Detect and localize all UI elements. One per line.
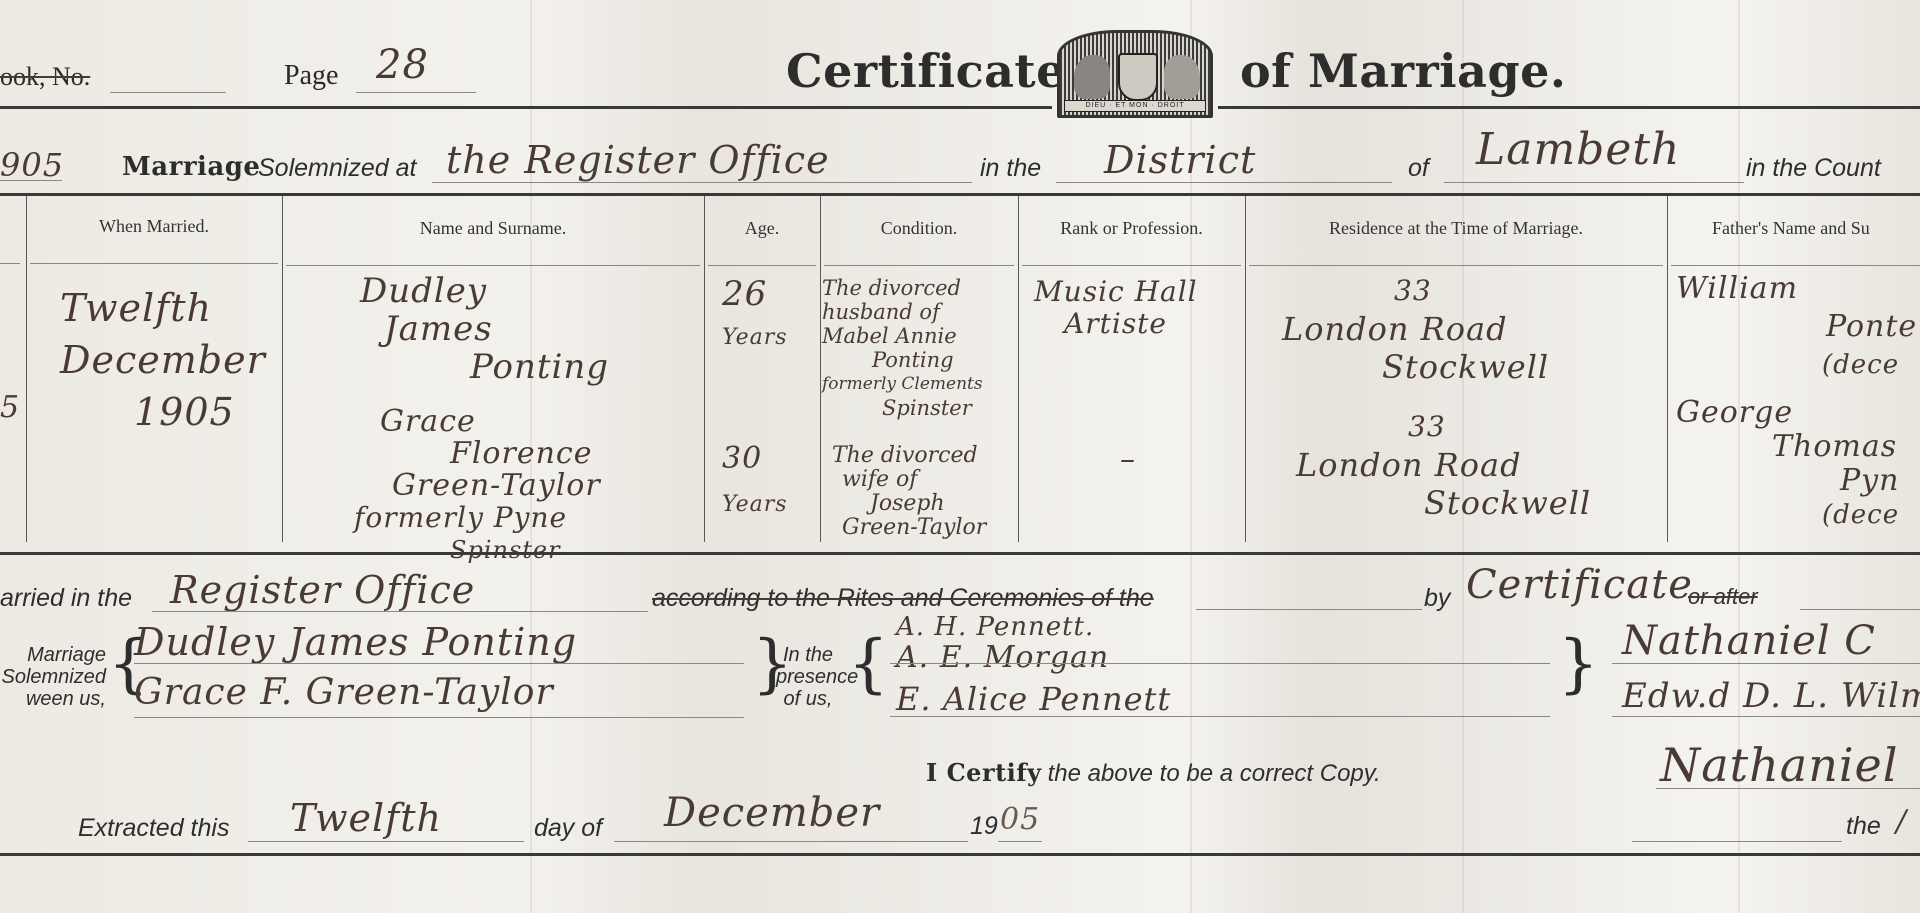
bride-first-name: Grace bbox=[380, 406, 601, 438]
bride-father-status: (dece bbox=[1676, 498, 1899, 532]
groom-profession-cell: Music Hall Artiste bbox=[1034, 276, 1198, 340]
when-married-month: December bbox=[60, 334, 266, 386]
district-name-value: Lambeth bbox=[1476, 124, 1680, 175]
column-divider bbox=[1667, 196, 1668, 542]
groom-condition-line: husband of bbox=[822, 300, 983, 324]
groom-father-surname: Ponte bbox=[1676, 308, 1917, 346]
certify-signature-line bbox=[1656, 788, 1920, 789]
of-label: of bbox=[1408, 154, 1429, 183]
bride-condition-line: The divorced bbox=[832, 444, 986, 468]
groom-condition-line: formerly Clements bbox=[822, 372, 983, 396]
shield-icon bbox=[1118, 53, 1158, 101]
when-married-cell: Twelfth December 1905 bbox=[60, 282, 266, 438]
or-after-underline bbox=[1800, 609, 1920, 610]
column-divider bbox=[282, 196, 283, 542]
year-underline bbox=[0, 180, 62, 181]
header-rule bbox=[1218, 106, 1920, 109]
extracted-year-prefix: 19 bbox=[970, 812, 998, 841]
witness-2-signature: E. Alice Pennett bbox=[896, 680, 1171, 718]
official-2-signature-line bbox=[1612, 716, 1920, 717]
bride-age-cell: 30 Years bbox=[722, 436, 788, 528]
bride-residence-area: Stockwell bbox=[1296, 484, 1591, 522]
when-married-year: 1905 bbox=[60, 386, 266, 438]
extracted-month-underline bbox=[614, 841, 968, 842]
page-underline bbox=[356, 92, 476, 93]
bride-former-condition: Spinster bbox=[380, 534, 601, 566]
official-1-signature: Nathaniel C bbox=[1622, 618, 1876, 664]
groom-condition-line: Mabel Annie bbox=[822, 324, 983, 348]
bride-condition-line: Green-Taylor bbox=[832, 516, 986, 540]
extracted-year-underline bbox=[998, 841, 1042, 842]
witnesses-label-line: of us, bbox=[776, 688, 840, 710]
district-name-underline bbox=[1444, 182, 1744, 183]
when-married-day: Twelfth bbox=[60, 282, 266, 334]
in-the-label: in the bbox=[980, 154, 1041, 183]
groom-surname: Ponting bbox=[360, 348, 609, 386]
i-certify-label: I Certify bbox=[926, 758, 1042, 787]
extracted-year-suffix: 05 bbox=[1000, 802, 1040, 837]
page-value: 28 bbox=[376, 42, 429, 88]
groom-middle-name: James bbox=[360, 310, 609, 348]
column-header-residence: Residence at the Time of Marriage. bbox=[1245, 218, 1667, 239]
column-header-when-married: When Married. bbox=[26, 216, 282, 237]
header-underline bbox=[824, 265, 1014, 266]
bride-father-middle-name: Thomas bbox=[1676, 430, 1899, 464]
witness-1-signature: A. E. Morgan bbox=[896, 640, 1109, 675]
bride-father-surname: Pyn bbox=[1676, 464, 1899, 498]
bride-signature: Grace F. Green-Taylor bbox=[134, 672, 554, 713]
groom-residence-area: Stockwell bbox=[1282, 348, 1549, 386]
table-top-rule bbox=[0, 193, 1920, 196]
groom-age-cell: 26 Years bbox=[722, 272, 788, 360]
official-1-signature-line bbox=[1612, 663, 1920, 664]
certify-rest-label: the above to be a correct Copy. bbox=[1048, 760, 1381, 787]
bride-condition-line: wife of bbox=[832, 468, 986, 492]
rites-underline bbox=[1196, 609, 1422, 610]
groom-age-unit: Years bbox=[722, 316, 788, 360]
table-bottom-rule bbox=[0, 552, 1920, 555]
married-in-label: arried in the bbox=[0, 584, 132, 613]
the-underline bbox=[1632, 841, 1842, 842]
certificate-title-right: of Marriage. bbox=[1240, 44, 1566, 98]
unicorn-icon bbox=[1164, 55, 1200, 99]
witnesses-label-line: In the bbox=[776, 644, 840, 666]
register-year-fragment: 905 bbox=[0, 146, 64, 184]
bride-residence-street: London Road bbox=[1296, 446, 1591, 484]
official-2-signature: Edw.d D. L. Wilmot bbox=[1622, 676, 1920, 716]
witness-1-signature-line bbox=[890, 663, 1550, 664]
book-no-underline bbox=[110, 92, 226, 93]
groom-profession-line: Music Hall bbox=[1034, 276, 1198, 308]
groom-profession-line: Artiste bbox=[1034, 308, 1198, 340]
witness-additional-signature: A. H. Pennett. bbox=[896, 612, 1094, 642]
district-value: District bbox=[1104, 138, 1256, 182]
groom-condition-line: Ponting bbox=[822, 348, 983, 372]
certifying-officer-signature: Nathaniel bbox=[1660, 738, 1898, 792]
place-underline bbox=[432, 182, 972, 183]
groom-name-cell: Dudley James Ponting bbox=[360, 272, 609, 386]
certify-statement: I Certify the above to be a correct Copy… bbox=[926, 758, 1381, 788]
or-after-label: or after bbox=[1688, 584, 1758, 610]
witnesses-label: In the presence of us, bbox=[776, 644, 840, 710]
column-divider bbox=[704, 196, 705, 542]
witnesses-label-line: presence bbox=[776, 666, 840, 688]
header-underline bbox=[286, 265, 700, 266]
marriage-label: Marriage bbox=[122, 152, 260, 182]
lion-icon bbox=[1074, 55, 1110, 99]
bride-name-cell: Grace Florence Green-Taylor formerly Pyn… bbox=[380, 406, 601, 566]
the-value: / bbox=[1896, 804, 1907, 839]
extracted-day-value: Twelfth bbox=[290, 796, 442, 840]
by-value: Certificate bbox=[1466, 562, 1693, 608]
bride-profession-cell: – bbox=[1120, 442, 1136, 477]
column-header-condition: Condition. bbox=[820, 218, 1018, 239]
right-brace-icon: } bbox=[1558, 632, 1599, 696]
groom-father-cell: William Ponte (dece bbox=[1676, 270, 1917, 384]
column-divider bbox=[26, 196, 27, 542]
column-divider bbox=[820, 196, 821, 542]
by-label: by bbox=[1424, 584, 1450, 613]
header-underline bbox=[1249, 265, 1663, 266]
groom-condition-line: Spinster bbox=[822, 396, 983, 420]
extracted-day-underline bbox=[248, 841, 524, 842]
bride-surname: Green-Taylor bbox=[380, 470, 601, 502]
book-no-label: ook, No. bbox=[0, 62, 90, 92]
left-brace-icon: { bbox=[848, 632, 889, 696]
column-header-name: Name and Surname. bbox=[282, 218, 704, 239]
district-underline bbox=[1056, 182, 1392, 183]
bride-father-cell: George Thomas Pyn (dece bbox=[1676, 396, 1899, 532]
column-divider bbox=[1018, 196, 1019, 542]
royal-coat-of-arms-icon: DIEU · ET MON · DROIT bbox=[1057, 30, 1213, 118]
header-underline bbox=[708, 265, 816, 266]
column-header-age: Age. bbox=[704, 218, 820, 239]
bride-age: 30 bbox=[722, 436, 788, 482]
day-of-label: day of bbox=[534, 814, 602, 843]
parties-label-line: Solemnized bbox=[0, 666, 106, 688]
footer-rule bbox=[0, 853, 1920, 856]
parties-label-line: Marriage bbox=[0, 644, 106, 666]
rites-label: according to the Rites and Ceremonies of… bbox=[652, 584, 1154, 613]
witness-2-signature-line bbox=[890, 716, 1550, 717]
bride-residence-cell: 33 London Road Stockwell bbox=[1296, 408, 1591, 522]
header-underline bbox=[30, 263, 278, 264]
bride-middle-name: Florence bbox=[380, 438, 601, 470]
bride-age-unit: Years bbox=[722, 482, 788, 528]
groom-signature: Dudley James Ponting bbox=[134, 620, 577, 664]
groom-age: 26 bbox=[722, 272, 788, 316]
groom-first-name: Dudley bbox=[360, 272, 609, 310]
header-underline bbox=[1671, 265, 1920, 266]
county-label: in the Count bbox=[1746, 154, 1881, 183]
groom-condition-line: The divorced bbox=[822, 276, 983, 300]
header-underline bbox=[0, 263, 20, 264]
extracted-month-value: December bbox=[664, 790, 880, 836]
extracted-label: Extracted this bbox=[78, 814, 229, 843]
crest-motto: DIEU · ET MON · DROIT bbox=[1064, 100, 1206, 112]
groom-residence-street: London Road bbox=[1282, 310, 1549, 348]
bride-signature-line bbox=[134, 717, 744, 718]
groom-signature-line bbox=[134, 663, 744, 664]
column-header-father: Father's Name and Su bbox=[1712, 218, 1870, 239]
groom-father-status: (dece bbox=[1676, 346, 1917, 384]
bride-former-name: formerly Pyne bbox=[354, 502, 601, 534]
the-label: the bbox=[1846, 812, 1881, 841]
place-value: the Register Office bbox=[446, 138, 830, 182]
page-label: Page bbox=[284, 60, 338, 92]
certificate-title-left: Certificate bbox=[786, 44, 1066, 98]
header-rule bbox=[0, 106, 1052, 109]
groom-residence-cell: 33 London Road Stockwell bbox=[1282, 272, 1549, 386]
bride-condition-line: Joseph bbox=[832, 492, 986, 516]
groom-residence-number: 33 bbox=[1282, 272, 1549, 310]
groom-condition-cell: The divorced husband of Mabel Annie Pont… bbox=[822, 276, 983, 420]
married-place-value: Register Office bbox=[170, 568, 475, 612]
parties-label-line: ween us, bbox=[0, 688, 106, 710]
entry-number-fragment: 5 bbox=[0, 390, 20, 425]
column-header-profession: Rank or Profession. bbox=[1018, 218, 1245, 239]
parties-label: Marriage Solemnized ween us, bbox=[0, 644, 106, 710]
solemnized-at-label: Solemnized at bbox=[258, 154, 416, 183]
column-divider bbox=[1245, 196, 1246, 542]
groom-father-first-name: William bbox=[1676, 270, 1917, 308]
header-underline bbox=[1022, 265, 1241, 266]
bride-father-first-name: George bbox=[1676, 396, 1899, 430]
bride-condition-cell: The divorced wife of Joseph Green-Taylor bbox=[832, 444, 986, 540]
bride-residence-number: 33 bbox=[1296, 408, 1591, 446]
married-place-underline bbox=[152, 611, 648, 612]
book-no-text: ook, No. bbox=[0, 62, 90, 91]
